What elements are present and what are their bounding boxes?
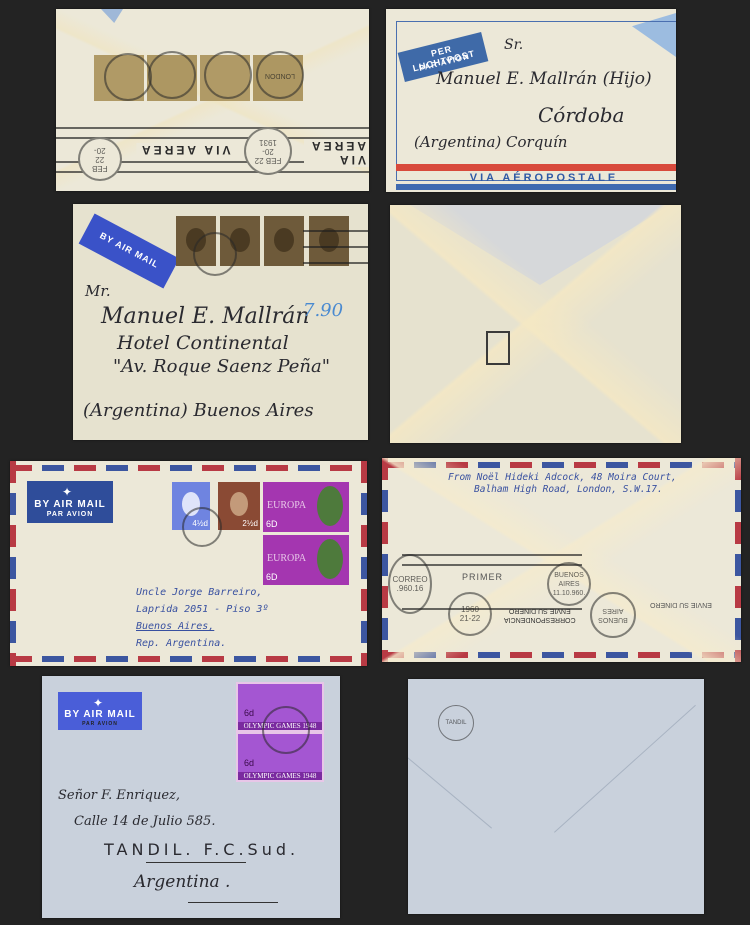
slogan-cancel: ENVIE SU DINERO <box>650 600 712 609</box>
address-line: "Av. Roque Saenz Peña" <box>113 356 330 377</box>
address-line: Manuel E. Mallrán <box>101 304 310 329</box>
by-air-mail-etiquette: ✦ BY AIR MAIL PAR AVION <box>27 481 113 523</box>
cover-1-back: LONDON VIA AEREA VIA AEREA FEB2220- FEB … <box>56 9 369 191</box>
stamp-europa-6d-2: EUROPA 6D <box>263 535 349 585</box>
address-line: Rep. Argentina. <box>136 638 226 649</box>
return-address-line: From Noël Hideki Adcock, 48 Moira Court, <box>448 472 677 483</box>
cancel-line <box>303 246 368 248</box>
by-air-mail-etiquette: ✦ BY AIR MAIL PAR AVION <box>58 692 142 730</box>
address-line: Laprida 2051 - Piso 3º <box>136 604 268 615</box>
address-line: (Argentina) Corquín <box>414 133 567 151</box>
airmail-border-left <box>10 461 16 666</box>
underline <box>188 902 278 903</box>
flap-edge-left <box>408 679 588 829</box>
address-line: Buenos Aires, <box>136 621 214 632</box>
cover-2-front: BY AIR MAIL Mr. Manuel E. Mallrán 7.90 H… <box>73 204 368 440</box>
boxed-handstamp <box>486 331 510 365</box>
postmark-date-2: FEB 22 20- 1931 <box>244 127 292 175</box>
airmail-border-top <box>10 465 367 471</box>
wings-icon: ✦ <box>93 696 103 710</box>
underline <box>146 862 246 863</box>
cancel-line <box>303 262 368 264</box>
airmail-border-right <box>361 461 367 666</box>
cancel-line <box>402 554 582 556</box>
address-line: Calle 14 de Julio 585. <box>74 814 215 829</box>
wings-icon: ✦ <box>62 485 72 499</box>
address-line: TANDIL. F.C.Sud. <box>104 840 299 859</box>
red-band <box>396 164 676 171</box>
postmark-kgv <box>193 232 237 276</box>
postmark-tandil: TANDIL <box>438 705 474 741</box>
postmark-olympic <box>262 706 310 754</box>
via-aerea-slogan: VIA AEREA <box>304 139 369 167</box>
cover-3-back: From Noël Hideki Adcock, 48 Moira Court,… <box>382 458 741 662</box>
blue-band <box>396 184 676 190</box>
postmark-london-1 <box>104 53 152 101</box>
address-line: (Argentina) Buenos Aires <box>83 400 314 421</box>
via-aerea-slogan: VIA AEREA <box>136 143 233 157</box>
return-address-line: Balham High Road, London, S.W.17. <box>474 484 663 495</box>
postmark-correo: CORREO .960.16 <box>388 554 432 614</box>
address-line: Mr. <box>85 282 111 300</box>
pencil-note: 7.90 <box>303 300 343 321</box>
address-line: Córdoba <box>538 103 624 127</box>
postmark-london-2 <box>148 51 196 99</box>
address-line: Argentina . <box>134 872 230 892</box>
slogan-cancel: CORRESPONDENCIA ENVIE SU DINERO <box>504 606 576 624</box>
postmark-london-3 <box>204 51 252 99</box>
address-line: Manuel E. Mallrán (Hijo) <box>436 69 652 89</box>
address-line: Señor F. Enriquez, <box>58 788 180 803</box>
stamp-kgv-photo-4 <box>309 216 349 266</box>
stamp-kgv-photo-3 <box>264 216 304 266</box>
address-line: Hotel Continental <box>117 332 289 354</box>
cover-2-back <box>390 205 681 443</box>
postmark-buenos-aires-2: BUENOS AIRES <box>590 592 636 638</box>
stamp-europa-6d-1: EUROPA 6D <box>263 482 349 532</box>
cover-1-front: PER LUCHTPOST PAR AVION Sr. Manuel E. Ma… <box>386 9 676 192</box>
cover-4-back: TANDIL <box>408 679 704 914</box>
postmark-london <box>182 507 222 547</box>
cover-3-front: ✦ BY AIR MAIL PAR AVION 4½d 2½d EUROPA 6… <box>10 461 367 666</box>
postmark-1960: 1960 21-22 <box>448 592 492 636</box>
airmail-border-bottom <box>10 656 367 662</box>
by-air-mail-etiquette: BY AIR MAIL <box>79 213 180 288</box>
flap-lines <box>390 205 681 443</box>
cancel-line <box>56 127 369 129</box>
postmark-date-1: FEB2220- <box>78 137 122 181</box>
address-line: Sr. <box>504 37 523 53</box>
address-line: Uncle Jorge Barreiro, <box>136 587 262 598</box>
stamp-wilding-2half: 2½d <box>218 482 260 530</box>
machine-cancel-text: PRIMER <box>462 572 503 582</box>
postmark-buenos-aires: BUENOS AIRES 11.10.960. <box>547 562 591 606</box>
cover-4-front: ✦ BY AIR MAIL PAR AVION 6d OLYMPIC GAMES… <box>42 676 340 918</box>
via-aeropostale-band: VIA AÉROPOSTALE <box>396 172 676 184</box>
postmark-london-4: LONDON <box>256 51 304 99</box>
cancel-line <box>303 230 368 232</box>
